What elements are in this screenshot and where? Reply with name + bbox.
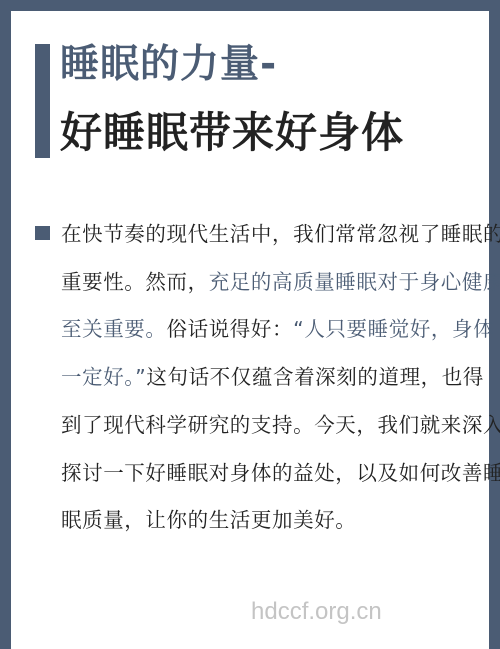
highlighted-text-segment: 至关重要。 — [61, 317, 167, 341]
text-segment: 探讨一下好睡眠对身体的益处，以及如何改善睡 — [61, 461, 500, 485]
text-segment: 重要性。然而， — [61, 270, 209, 294]
paragraph-line-7: 眠质量，让你的生活更加美好。 — [61, 497, 461, 545]
page-title-line-1: 睡眠的力量- — [60, 42, 277, 88]
paragraph-line-6: 探讨一下好睡眠对身体的益处，以及如何改善睡 — [61, 450, 461, 498]
text-segment: 在快节奏的现代生活中，我们常常忽视了睡眠的 — [61, 222, 500, 246]
intro-paragraph: 在快节奏的现代生活中，我们常常忽视了睡眠的 重要性。然而，充足的高质量睡眠对于身… — [61, 211, 461, 545]
paragraph-line-5: 到了现代科学研究的支持。今天，我们就来深入 — [61, 402, 461, 450]
text-segment: 到了现代科学研究的支持。今天，我们就来深入 — [61, 413, 500, 437]
watermark: hdccf.org.cn — [251, 598, 382, 626]
text-segment: 这句话不仅蕴含着深刻的道理，也得 — [146, 365, 484, 389]
article-card: 睡眠的力量- 好睡眠带来好身体 在快节奏的现代生活中，我们常常忽视了睡眠的 重要… — [11, 11, 489, 649]
highlighted-quote-segment: 一定好。” — [61, 365, 146, 389]
highlighted-quote-segment: “人只要睡觉好，身体 — [293, 317, 494, 341]
paragraph-line-4: 一定好。”这句话不仅蕴含着深刻的道理，也得 — [61, 354, 461, 402]
highlighted-text-segment: 充足的高质量睡眠对于身心健康 — [209, 270, 500, 294]
text-segment: 俗话说得好： — [167, 317, 294, 341]
paragraph-line-3: 至关重要。俗话说得好：“人只要睡觉好，身体 — [61, 306, 461, 354]
title-accent-bar — [35, 44, 50, 158]
square-bullet-icon — [35, 226, 50, 240]
text-segment: 眠质量，让你的生活更加美好。 — [61, 508, 356, 532]
paragraph-line-1: 在快节奏的现代生活中，我们常常忽视了睡眠的 — [61, 211, 461, 259]
page-title-line-2: 好睡眠带来好身体 — [60, 108, 404, 158]
paragraph-line-2: 重要性。然而，充足的高质量睡眠对于身心健康 — [61, 259, 461, 307]
